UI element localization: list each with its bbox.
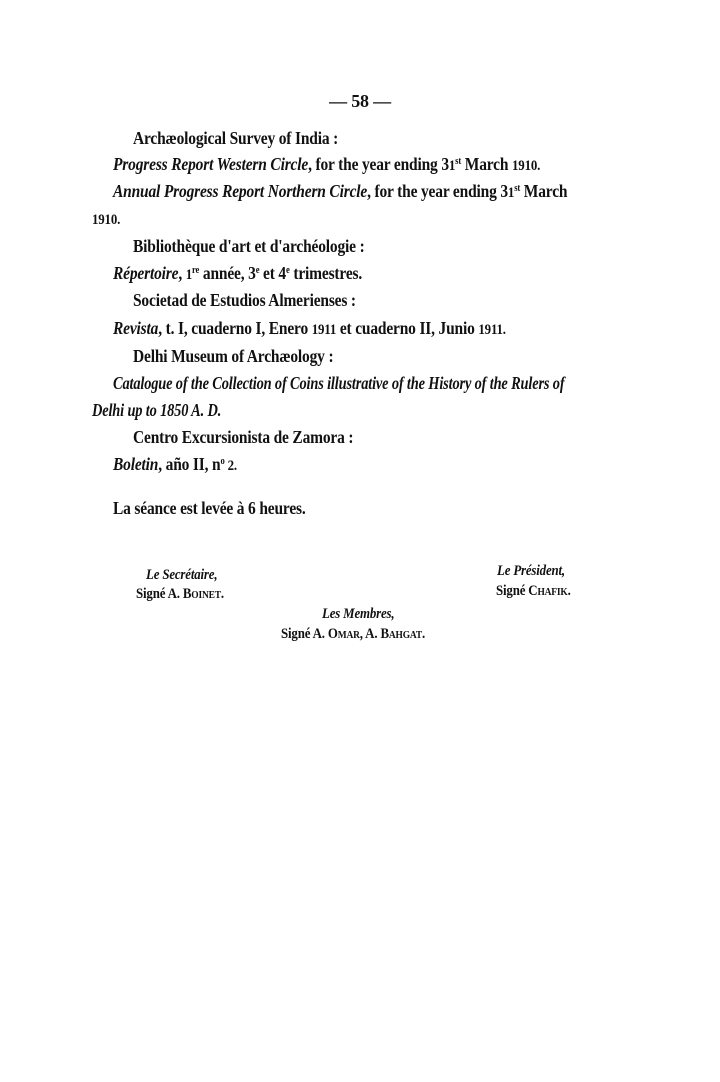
publication-line: Revista, t. I, cuaderno I, Enero 1911 et… [113, 317, 506, 341]
publication-title: Annual Progress Report Northern Circle [113, 181, 367, 201]
institution-heading: Bibliothèque d'art et d'archéologie : [133, 235, 365, 257]
institution-heading: Delhi Museum of Archæology : [133, 345, 333, 367]
publication-continuation: 1910. [92, 207, 120, 231]
page-number: — 58 — [0, 90, 720, 112]
institution-heading: Centro Excursionista de Zamora : [133, 426, 353, 448]
institution-heading: Archæological Survey of India : [133, 127, 338, 149]
members-signature: Signé A. Omar, A. Bahgat. [281, 625, 425, 643]
publication-line: Boletin, año II, no 2. [113, 453, 237, 477]
publication-line: Progress Report Western Circle, for the … [113, 153, 540, 177]
secretary-role: Le Secrétaire, [146, 566, 217, 584]
publication-title: Revista [113, 318, 158, 338]
publication-title: Progress Report Western Circle [113, 154, 308, 174]
publication-line: Répertoire, 1re année, 3e et 4e trimestr… [113, 262, 362, 286]
president-role: Le Président, [497, 562, 565, 580]
publication-line: Annual Progress Report Northern Circle, … [113, 180, 567, 204]
publication-title: Répertoire [113, 263, 178, 283]
publication-line: Catalogue of the Collection of Coins ill… [113, 372, 564, 394]
president-signature: Signé Chafik. [496, 582, 571, 600]
members-role: Les Membres, [322, 605, 394, 623]
closing-statement: La séance est levée à 6 heures. [113, 497, 306, 519]
institution-heading: Societad de Estudios Almerienses : [133, 289, 356, 311]
secretary-signature: Signé A. Boinet. [136, 585, 224, 603]
publication-continuation: Delhi up to 1850 A. D. [92, 399, 221, 421]
publication-title: Boletin [113, 454, 158, 474]
